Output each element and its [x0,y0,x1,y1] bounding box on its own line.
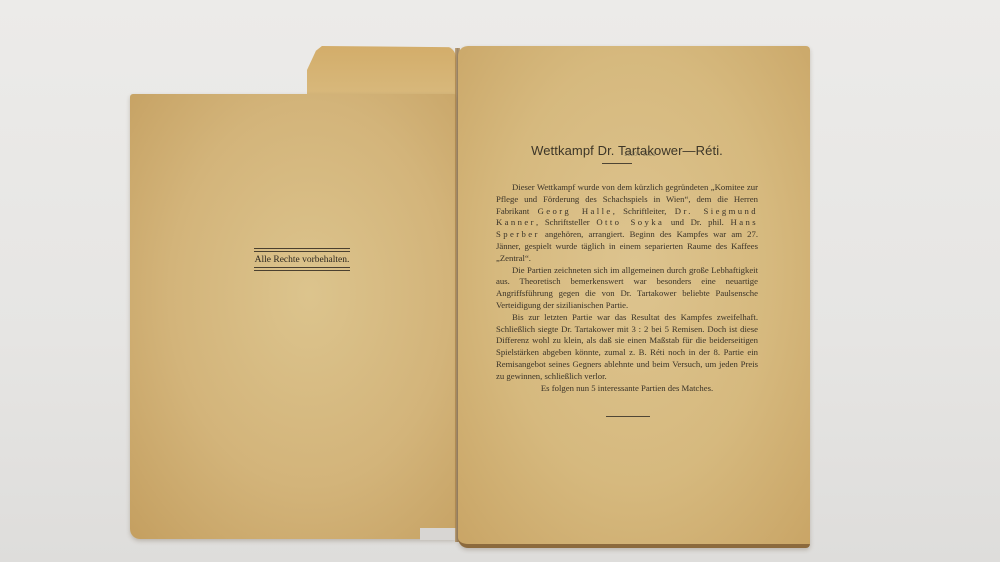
paragraph-4: Es folgen nun 5 interessante Partien des… [496,383,758,395]
paragraph-text: , Schriftleiter, [613,206,675,216]
article-title: Wettkampf Dr. Tartakower—Réti. [496,143,758,158]
paragraph-text: , Schriftsteller [536,217,596,227]
left-page-torn-corner [420,528,456,540]
paragraph-1: Dieser Wettkampf wurde von dem kürzlich … [496,182,758,265]
left-page [130,94,456,539]
rights-notice: Alle Rechte vorbehalten. [254,252,350,267]
article: Wettkampf Dr. Tartakower—Réti. Dieser We… [496,143,758,394]
person-name: Otto Soyka [596,217,664,227]
paragraph-3: Bis zur letzten Partie war das Resultat … [496,312,758,383]
rights-notice-block: Alle Rechte vorbehalten. [254,248,350,271]
end-rule [606,416,650,417]
paragraph-2: Die Partien zeichneten sich im allgemein… [496,265,758,312]
paragraph-text: und Dr. phil. [664,217,730,227]
title-rule [602,163,632,164]
bottom-double-rule [254,267,350,271]
person-name: Georg Halle [538,206,613,216]
